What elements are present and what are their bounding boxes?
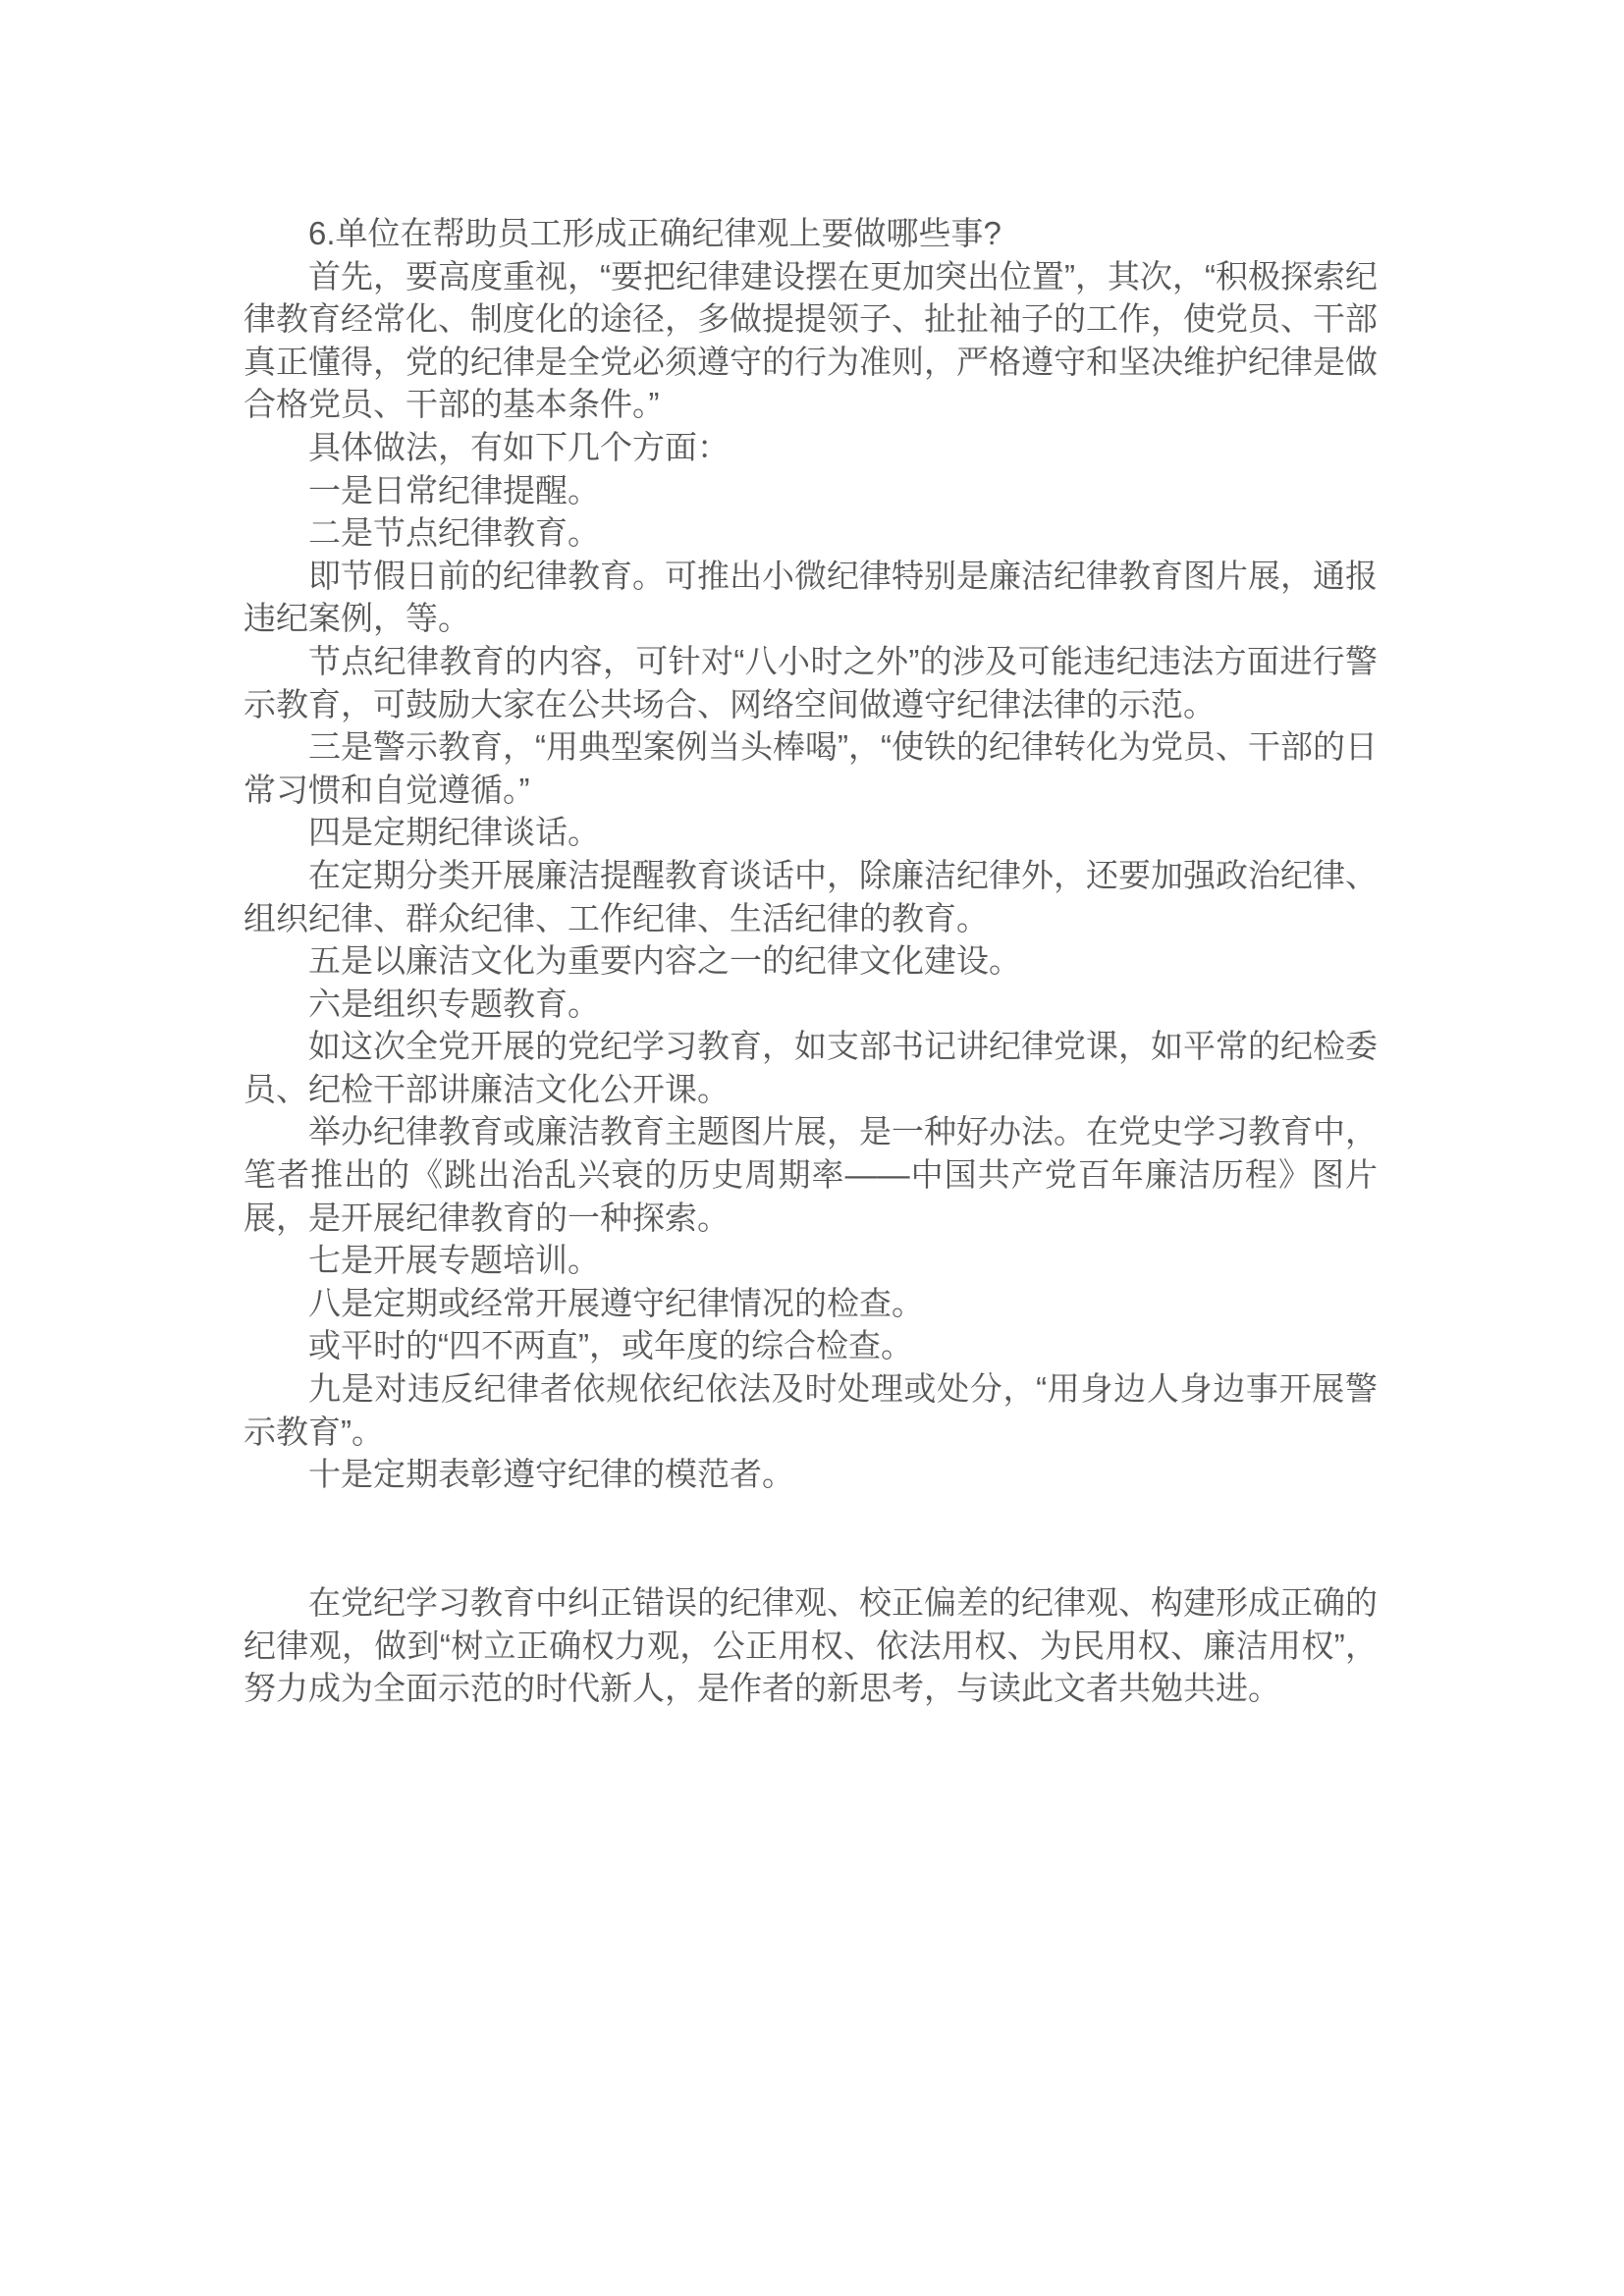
paragraph-body: 在定期分类开展廉洁提醒教育谈话中，除廉洁纪律外，还要加强政治纪律、组织纪律、群众… [244, 854, 1378, 939]
paragraph-list-item: 五是以廉洁文化为重要内容之一的纪律文化建设。 [244, 939, 1378, 983]
paragraph-body: 首先，要高度重视，“要把纪律建设摆在更加突出位置”，其次，“积极探索纪律教育经常… [244, 255, 1378, 426]
paragraph-list-item: 七是开展专题培训。 [244, 1239, 1378, 1282]
paragraph-body: 即节假日前的纪律教育。可推出小微纪律特别是廉洁纪律教育图片展，通报违纪案例，等。 [244, 555, 1378, 640]
paragraph-body: 如这次全党开展的党纪学习教育，如支部书记讲纪律党课，如平常的纪检委员、纪检干部讲… [244, 1025, 1378, 1110]
document-text-block: 6.单位在帮助员工形成正确纪律观上要做哪些事?首先，要高度重视，“要把纪律建设摆… [244, 212, 1378, 1710]
document-page: 6.单位在帮助员工形成正确纪律观上要做哪些事?首先，要高度重视，“要把纪律建设摆… [0, 0, 1624, 2296]
paragraph-body: 节点纪律教育的内容，可针对“八小时之外”的涉及可能违纪违法方面进行警示教育，可鼓… [244, 640, 1378, 725]
paragraph-list-item: 四是定期纪律谈话。 [244, 811, 1378, 854]
paragraph-body: 或平时的“四不两直”，或年度的综合检查。 [244, 1324, 1378, 1367]
paragraph-list-item: 三是警示教育，“用典型案例当头棒喝”，“使铁的纪律转化为党员、干部的日常习惯和自… [244, 725, 1378, 811]
paragraph-list-item: 六是组织专题教育。 [244, 983, 1378, 1026]
paragraph-body: 具体做法，有如下几个方面： [244, 426, 1378, 469]
paragraph-list-item: 十是定期表彰遵守纪律的模范者。 [244, 1453, 1378, 1496]
paragraph-list-item: 八是定期或经常开展遵守纪律情况的检查。 [244, 1282, 1378, 1325]
blank-line [244, 1496, 1378, 1539]
paragraph-question-heading: 6.单位在帮助员工形成正确纪律观上要做哪些事? [244, 212, 1378, 255]
paragraph-list-item: 九是对违反纪律者依规依纪依法及时处理或处分，“用身边人身边事开展警示教育”。 [244, 1367, 1378, 1453]
paragraph-list-item: 一是日常纪律提醒。 [244, 469, 1378, 512]
paragraph-list-item: 二是节点纪律教育。 [244, 511, 1378, 555]
paragraph-closing: 在党纪学习教育中纠正错误的纪律观、校正偏差的纪律观、构建形成正确的纪律观，做到“… [244, 1581, 1378, 1710]
blank-line [244, 1538, 1378, 1581]
paragraph-body: 举办纪律教育或廉洁教育主题图片展，是一种好办法。在党史学习教育中，笔者推出的《跳… [244, 1110, 1378, 1239]
